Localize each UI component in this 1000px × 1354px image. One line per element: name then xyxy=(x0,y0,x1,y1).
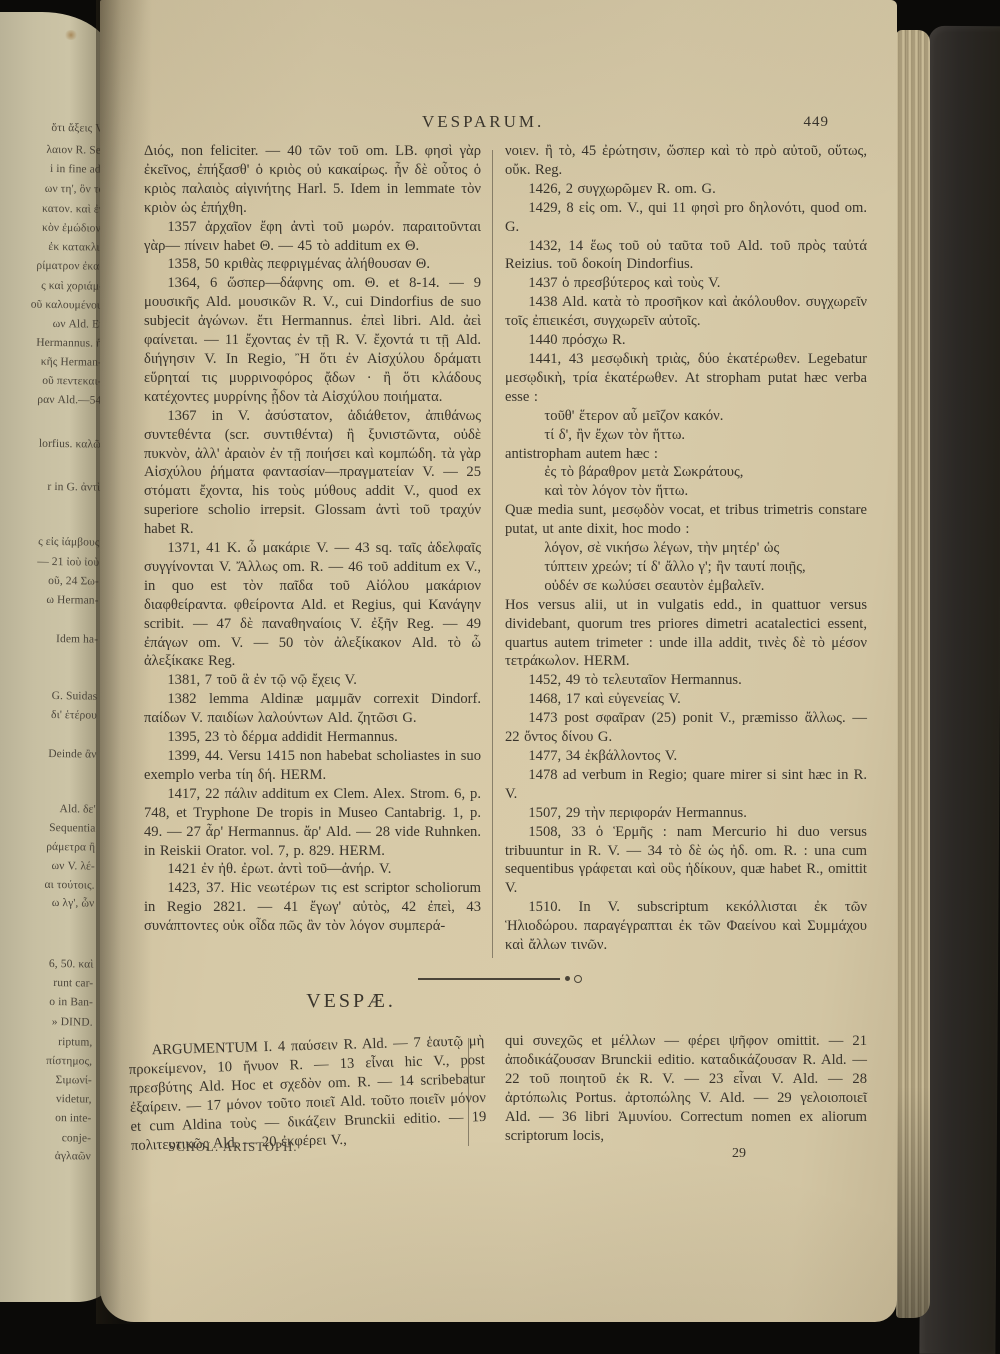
facing-page-text-fragment: πίστημος, xyxy=(46,1055,92,1068)
verse-line: οὐδέν σε κωλύσει σεαυτὸν ἐμβαλεῖν. xyxy=(544,577,867,596)
paragraph: 1477, 34 ἐκβάλλοντος V. xyxy=(505,747,867,766)
paragraph: 1478 ad verbum in Regio; quare mirer si … xyxy=(505,766,867,804)
facing-page-text-fragment: ραν Ald.—54 xyxy=(37,394,101,407)
facing-page-text-fragment: videtur, xyxy=(56,1093,92,1105)
divider-dot xyxy=(565,976,570,981)
paragraph: 1423, 37. Hic νεωτέρων τις est scriptor … xyxy=(144,879,481,936)
verse-line: λόγον, σὲ νικήσω λέγων, τὴν μητέρ' ὡς xyxy=(544,539,867,558)
paragraph: 1432, 14 ἕως τοῦ οὐ ταῦτα τοῦ Ald. τοῦ π… xyxy=(505,237,867,275)
facing-page-text-fragment: ων τη', ὃν τὸ xyxy=(45,183,105,196)
facing-page-text-fragment: on inte- xyxy=(55,1112,91,1125)
section-divider-ornament xyxy=(418,974,598,983)
facing-page-text-fragment: r in G. ἀντὶ xyxy=(47,481,100,494)
facing-page-text-fragment: ἀγλαῶν xyxy=(55,1150,91,1163)
paragraph: 1358, 50 κριθὰς πεφριγμένας ἀλήθουσαν Θ. xyxy=(144,255,481,274)
facing-page-text-fragment: κῆς Herman- xyxy=(41,356,102,369)
verse-line: τί δ', ἢν ἔχων τὸν ἥττω. xyxy=(544,426,867,445)
facing-page-text-fragment: ὅτι ἄξεις V. xyxy=(51,122,105,135)
bottom-left-column: ARGUMENTUM I. 4 παύσειν R. Ald. — 7 ἑαυτ… xyxy=(128,1032,487,1155)
paragraph: 1367 in V. ἀσύστατον, ἀδιάθετον, ἀπιθάνω… xyxy=(144,407,481,539)
facing-page-text-fragment: o in Ban- xyxy=(49,996,93,1009)
facing-page-text-fragment: Deinde ἂν xyxy=(48,748,96,761)
paragraph: Quæ media sunt, μεσῳδὸν vocat, et tribus… xyxy=(505,501,867,539)
paragraph: 1440 πρόσχω R. xyxy=(505,331,867,350)
facing-page-text: ὅτι ἄξεις V.λαιον R. Se-i in fine ad-ων … xyxy=(0,0,112,1291)
facing-page-text-fragment: ἐκ κατακλι- xyxy=(48,241,103,254)
facing-page-text-fragment: — 21 ἰοὺ ἰοὺ xyxy=(37,556,99,569)
facing-page-text-fragment: ω Herman- xyxy=(46,594,98,607)
bottom-right-column: qui συνεχῶς et μέλλων — φέρει ψῆφον omit… xyxy=(505,1032,867,1145)
sheet-number: 29 xyxy=(732,1146,746,1162)
facing-page-text-fragment: Sequentia xyxy=(49,822,95,835)
facing-page-text-fragment: ω λγ', ὧν xyxy=(52,897,95,910)
verse-line: τοῦθ' ἕτερον αὖ μεῖζον κακόν. xyxy=(544,407,867,426)
facing-page-text-fragment: Ald. δε' xyxy=(60,803,96,816)
facing-page-text-fragment: lorfius. καλῶ xyxy=(39,438,101,451)
facing-page-text-fragment: ων Ald. Et xyxy=(53,318,103,331)
page-number: 449 xyxy=(804,114,830,131)
paragraph: 1468, 17 καὶ εὐγενείας V. xyxy=(505,690,867,709)
facing-page-text-fragment: κὸν ἐμώδιον. xyxy=(42,222,104,235)
paragraph: ARGUMENTUM I. 4 παύσειν R. Ald. — 7 ἑαυτ… xyxy=(128,1032,487,1155)
paragraph: 1441, 43 μεσῳδικὴ τριὰς, δύο ἑκατέρωθεν.… xyxy=(505,350,867,407)
facing-page-text-fragment: » DIND. xyxy=(52,1016,93,1029)
book-page: VESPARUM. 449 Διός, non feliciter. — 40 … xyxy=(100,0,897,1322)
facing-page-text-fragment: ς καὶ χοριάμ- xyxy=(41,280,103,293)
paragraph: Διός, non feliciter. — 40 τῶν τοῦ om. LB… xyxy=(144,142,481,218)
verse-line: ἐς τὸ βάραθρον μετὰ Σωκράτους, xyxy=(544,463,867,482)
paragraph: νοιεν. ἢ τὸ, 45 ἐρώτησιν, ὥσπερ καὶ τὸ π… xyxy=(505,142,867,180)
facing-page-text-fragment: Idem ha- xyxy=(56,633,98,646)
paragraph: 1426, 2 συγχωρῶμεν R. om. G. xyxy=(505,180,867,199)
paragraph: 1381, 7 τοῦ ἃ ἐν τῷ νῷ ἔχεις V. xyxy=(144,671,481,690)
right-column: νοιεν. ἢ τὸ, 45 ἐρώτησιν, ὥσπερ καὶ τὸ π… xyxy=(505,142,867,955)
column-rule xyxy=(492,150,493,958)
facing-page-text-fragment: αι τούτοις. xyxy=(45,879,95,892)
facing-page-text-fragment: ράμετρα ἢ xyxy=(46,841,95,854)
paragraph: 1429, 8 εἰς om. V., qui 11 φησὶ pro δηλο… xyxy=(505,199,867,237)
column-rule-lower xyxy=(468,1038,469,1146)
paragraph: Hos versus alii, ut in vulgatis edd., in… xyxy=(505,596,867,672)
paragraph: 1357 ἀρχαῖον ἔφη ἀντὶ τοῦ μωρόν. παραιτο… xyxy=(144,218,481,256)
photo-scene: ὅτι ἄξεις V.λαιον R. Se-i in fine ad-ων … xyxy=(0,0,1000,1354)
paragraph: antistropham autem hæc : xyxy=(505,445,867,464)
paragraph: 1452, 49 τὸ τελευταῖον Hermannus. xyxy=(505,671,867,690)
facing-page-text-fragment: ων V. λέ- xyxy=(51,860,95,873)
left-column: Διός, non feliciter. — 40 τῶν τοῦ om. LB… xyxy=(144,142,481,936)
facing-page-text-fragment: i in fine ad- xyxy=(50,163,105,176)
facing-page-text-fragment: ρίματρον ἐκα- xyxy=(36,260,103,273)
signature-line: SCHOL. ARISTOPH. xyxy=(168,1140,298,1155)
paragraph: 1421 ἐν ἠθ. ἐρωτ. ἀντὶ τοῦ—ἀνήρ. V. xyxy=(144,860,481,879)
facing-page-text-fragment: δι' ἑτέρου xyxy=(51,709,97,722)
paragraph: 1508, 33 ὁ Ἑρμῆς : nam Mercurio hi duo v… xyxy=(505,823,867,899)
paragraph: qui συνεχῶς et μέλλων — φέρει ψῆφον omit… xyxy=(505,1032,867,1145)
section-heading: VESPÆ. xyxy=(100,990,602,1013)
divider-ring xyxy=(574,975,582,983)
verse-line: τύπτειν χρεών; τί δ' ἄλλο γ'; ἢν ταυτί π… xyxy=(544,558,867,577)
paragraph: 1473 post σφαῖραν (25) ponit V., præmiss… xyxy=(505,709,867,747)
paragraph: 1382 lemma Aldinæ μαμμᾶν correxit Dindor… xyxy=(144,690,481,728)
facing-page-text-fragment: ς εἰς ἰάμβους xyxy=(38,536,99,549)
facing-page-text-fragment: λαιον R. Se- xyxy=(46,144,105,157)
facing-page-text-fragment: κατον. καὶ ἐν xyxy=(42,203,104,216)
paragraph: 1417, 22 πάλιν additum ex Clem. Alex. St… xyxy=(144,785,481,861)
paragraph: 1399, 44. Versu 1415 non habebat scholia… xyxy=(144,747,481,785)
facing-page-text-fragment: οῦ, 24 Σω- xyxy=(48,575,99,588)
paragraph: 1437 ὁ πρεσβύτερος καὶ τοὺς V. xyxy=(505,274,867,293)
paragraph: 1395, 23 τὸ δέρμα addidit Hermannus. xyxy=(144,728,481,747)
running-head: VESPARUM. 449 xyxy=(100,112,897,136)
paragraph: 1438 Ald. κατὰ τὸ προσῆκον καὶ ἀκόλουθον… xyxy=(505,293,867,331)
facing-page-text-fragment: runt car- xyxy=(53,977,93,990)
facing-page-text-fragment: G. Suidas xyxy=(52,690,98,703)
verse-line: καὶ τὸν λόγον τὸν ἥττω. xyxy=(544,482,867,501)
facing-page-text-fragment: riptum, xyxy=(58,1036,92,1048)
facing-page-text-fragment: 6, 50. καὶ xyxy=(49,958,94,971)
paragraph: 1507, 29 τὴν περιφοράν Hermannus. xyxy=(505,804,867,823)
facing-page-text-fragment: Hermannus. ἢ xyxy=(36,337,102,350)
running-title: VESPARUM. xyxy=(422,112,544,132)
book-cover xyxy=(919,26,1000,1354)
facing-page-text-fragment: οῦ καλουμένου xyxy=(31,299,103,312)
book-page-edges xyxy=(896,30,930,1318)
paragraph: 1371, 41 K. ὦ μακάριε V. — 43 sq. ταῖς ἀ… xyxy=(144,539,481,671)
facing-page-text-fragment: οῦ πεντεκαι- xyxy=(42,375,102,388)
facing-page-text-fragment: conje- xyxy=(62,1132,92,1144)
facing-page-text-fragment: Σιμωνί- xyxy=(55,1074,92,1087)
divider-line xyxy=(418,978,560,980)
paragraph: 1364, 6 ὥσπερ—δάφνης om. Θ. et 8-14. — 9… xyxy=(144,274,481,406)
paragraph: 1510. In V. subscriptum κεκόλλισται ἐκ τ… xyxy=(505,898,867,955)
